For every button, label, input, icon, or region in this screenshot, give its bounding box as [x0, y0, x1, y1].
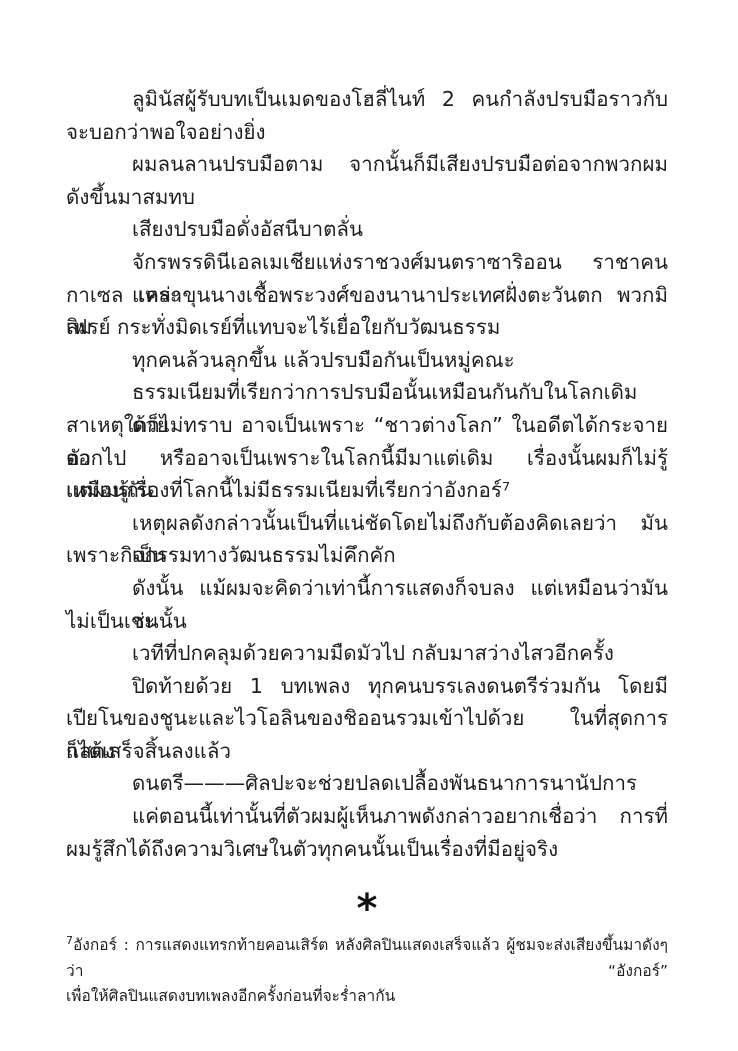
text-line: ลูมินัสผู้รับบทเป็นเมดของโฮลี่ไนท์ 2 คนก…	[66, 83, 668, 116]
section-separator-asterisk: *	[66, 886, 668, 932]
paragraph: ปิดท้ายด้วย 1 บทเพลง ทุกคนบรรเลงดนตรีร่ว…	[66, 670, 668, 768]
footnote-marker: 7	[66, 934, 73, 947]
body-text: ลูมินัสผู้รับบทเป็นเมดของโฮลี่ไนท์ 2 คนก…	[66, 83, 668, 865]
text-line: สาเหตุใดก็ไม่ทราบ อาจเป็นเพราะ “ชาวต่างโ…	[66, 409, 668, 442]
text-line: ผมรู้สึกได้ถึงความวิเศษในตัวทุกคนนั้นเป็…	[66, 833, 668, 866]
paragraph: ทุกคนล้วนลุกขึ้น แล้วปรบมือกันเป็นหมู่คณ…	[66, 344, 668, 377]
text-line: เวทีที่ปกคลุมด้วยความมืดมัวไป กลับมาสว่า…	[66, 637, 668, 670]
text-line: ผมลนลานปรบมือตาม จากนั้นก็มีเสียงปรบมือต…	[66, 148, 668, 181]
paragraph: ดังนั้น แม้ผมจะคิดว่าเท่านี้การแสดงก็จบล…	[66, 572, 668, 637]
text-line: แต่ผมรู้เรื่องที่โลกนี้ไม่มีธรรมเนียมที่…	[66, 474, 668, 507]
paragraph: เวทีที่ปกคลุมด้วยความมืดมัวไป กลับมาสว่า…	[66, 637, 668, 670]
book-page: ลูมินัสผู้รับบทเป็นเมดของโฮลี่ไนท์ 2 คนก…	[0, 0, 738, 1051]
text-line: แค่ตอนนี้เท่านั้นที่ตัวผมผู้เห็นภาพดังกล…	[66, 800, 668, 833]
footnote: 7อังกอร์ : การแสดงแทรกท้ายคอนเสิร์ต หลัง…	[66, 933, 668, 1010]
text-line: เสียงปรบมือดั่งอัสนีบาตลั่น	[66, 213, 668, 246]
text-line: เปียโนของชูนะและไวโอลินของชิออนรวมเข้าไป…	[66, 702, 668, 735]
text-line: เฟรย์ กระทั่งมิดเรย์ที่แทบจะไร้เยื่อใยกั…	[66, 311, 668, 344]
text-line: เหตุผลดังกล่าวนั้นเป็นที่แน่ชัดโดยไม่ถึง…	[66, 507, 668, 540]
paragraph: ผมลนลานปรบมือตาม จากนั้นก็มีเสียงปรบมือต…	[66, 148, 668, 213]
text-line: ไม่เป็นเช่นนั้น	[66, 605, 668, 638]
paragraph: จักรพรรดินีเอลเมเชียแห่งราชวงศ์มนตราซาริ…	[66, 246, 668, 344]
footnote-text-1: อังกอร์ : การแสดงแทรกท้ายคอนเสิร์ต หลังศ…	[66, 936, 668, 980]
text-line: เพราะกิจกรรมทางวัฒนธรรมไม่คึกคัก	[66, 539, 668, 572]
text-line: ดนตรี———ศิลปะจะช่วยปลดเปลื้องพันธนาการนา…	[66, 767, 668, 800]
paragraph: เหตุผลดังกล่าวนั้นเป็นที่แน่ชัดโดยไม่ถึง…	[66, 507, 668, 572]
footnote-line-2: เพื่อให้ศิลปินแสดงบทเพลงอีกครั้งก่อนที่จ…	[66, 984, 668, 1010]
paragraph: ธรรมเนียมที่เรียกว่าการปรบมือนั้นเหมือนก…	[66, 376, 668, 506]
paragraph: ลูมินัสผู้รับบทเป็นเมดของโฮลี่ไนท์ 2 คนก…	[66, 83, 668, 148]
paragraph: แค่ตอนนี้เท่านั้นที่ตัวผมผู้เห็นภาพดังกล…	[66, 800, 668, 865]
text-line: ก็ได้เสร็จสิ้นลงแล้ว	[66, 735, 668, 768]
text-line: กาเซล เหล่าขุนนางเชื้อพระวงศ์ของนานาประเ…	[66, 279, 668, 312]
text-line: ออกไป หรืออาจเป็นเพราะในโลกนี้มีมาแต่เดิ…	[66, 442, 668, 475]
text-line: ปิดท้ายด้วย 1 บทเพลง ทุกคนบรรเลงดนตรีร่ว…	[66, 670, 668, 703]
text-line: จะบอกว่าพอใจอย่างยิ่ง	[66, 116, 668, 149]
text-line: ดังขึ้นมาสมทบ	[66, 181, 668, 214]
paragraph: เสียงปรบมือดั่งอัสนีบาตลั่น	[66, 213, 668, 246]
text-line: จักรพรรดินีเอลเมเชียแห่งราชวงศ์มนตราซาริ…	[66, 246, 668, 279]
paragraph: ดนตรี———ศิลปะจะช่วยปลดเปลื้องพันธนาการนา…	[66, 767, 668, 800]
text-line: ธรรมเนียมที่เรียกว่าการปรบมือนั้นเหมือนก…	[66, 376, 668, 409]
text-line: ทุกคนล้วนลุกขึ้น แล้วปรบมือกันเป็นหมู่คณ…	[66, 344, 668, 377]
footnote-line-1: 7อังกอร์ : การแสดงแทรกท้ายคอนเสิร์ต หลัง…	[66, 933, 668, 984]
text-line: ดังนั้น แม้ผมจะคิดว่าเท่านี้การแสดงก็จบล…	[66, 572, 668, 605]
